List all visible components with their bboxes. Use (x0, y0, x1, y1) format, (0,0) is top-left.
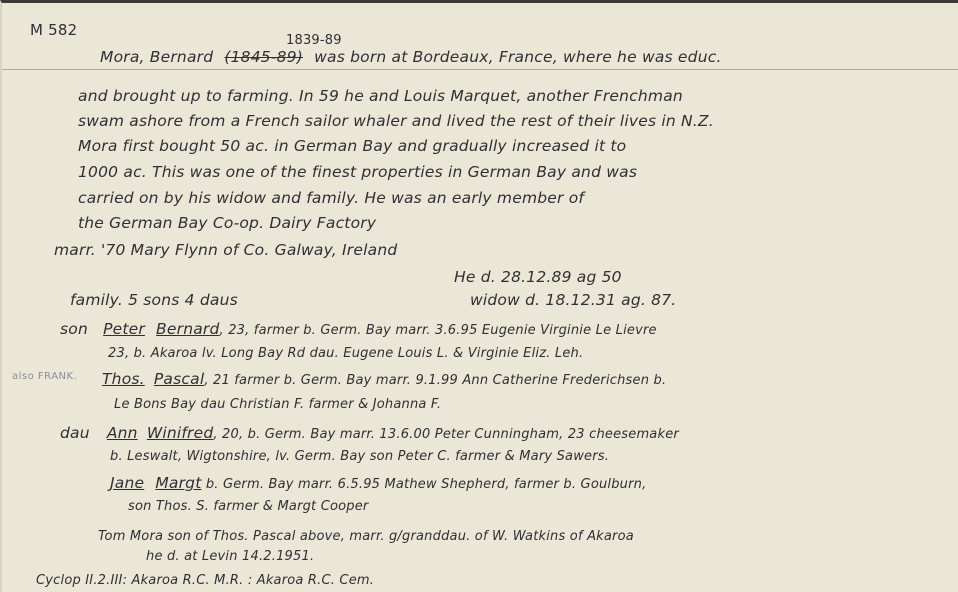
index-card: M 582 1839-89 Mora, Bernard (1845-89) wa… (0, 0, 958, 592)
child-details-line2: b. Leswalt, Wigtonshire, lv. Germ. Bay s… (110, 449, 609, 464)
child-second-name: Bernard (156, 320, 219, 338)
family-summary: family. 5 sons 4 daus (70, 291, 238, 309)
child-entry: dau Ann Winifred, 20, b. Germ. Bay marr.… (60, 423, 679, 442)
child-details: , 20, b. Germ. Bay marr. 13.6.00 Peter C… (213, 427, 679, 442)
child-details-line2: 23, b. Akaroa lv. Long Bay Rd dau. Eugen… (108, 346, 583, 361)
child-second-name: Margt (155, 474, 201, 492)
bio-line: and brought up to farming. In 59 he and … (78, 87, 683, 105)
corrected-dates: 1839-89 (286, 33, 342, 48)
death-he: He d. 28.12.89 ag 50 (454, 268, 622, 286)
child-first-name: Jane (110, 474, 144, 492)
child-first-name: Thos. (102, 370, 145, 388)
child-details: , 23, farmer b. Germ. Bay marr. 3.6.95 E… (220, 323, 657, 338)
child-details-line2: son Thos. S. farmer & Margt Cooper (128, 499, 368, 514)
child-entry: Jane Margt b. Germ. Bay marr. 6.5.95 Mat… (110, 473, 646, 492)
bio-line: the German Bay Co-op. Dairy Factory (78, 214, 376, 232)
child-entry: son Peter Bernard, 23, farmer b. Germ. B… (60, 319, 657, 338)
bio-line: Mora first bought 50 ac. in German Bay a… (78, 137, 626, 155)
child-details: b. Germ. Bay marr. 6.5.95 Mathew Shepher… (202, 477, 647, 492)
tom-note-death: he d. at Levin 14.2.1951. (146, 549, 314, 564)
subject-name: Mora, Bernard (100, 48, 213, 66)
death-widow: widow d. 18.12.31 ag. 87. (470, 291, 676, 309)
heading-line: Mora, Bernard (1845-89) was born at Bord… (100, 47, 722, 66)
margin-note: also FRANK. (12, 371, 77, 382)
child-first-name: Ann (107, 424, 138, 442)
struck-dates: (1845-89) (224, 48, 303, 66)
marriage-line: marr. '70 Mary Flynn of Co. Galway, Irel… (54, 241, 397, 259)
child-second-name: Winifred (147, 424, 214, 442)
bio-line: carried on by his widow and family. He w… (78, 189, 584, 207)
tom-note: Tom Mora son of Thos. Pascal above, marr… (98, 529, 634, 544)
child-entry: Thos. Pascal, 21 farmer b. Germ. Bay mar… (102, 369, 666, 388)
child-label: son (60, 320, 88, 338)
birth-text: was born at Bordeaux, France, where he w… (314, 48, 721, 66)
child-second-name: Pascal (154, 370, 204, 388)
child-details-line2: Le Bons Bay dau Christian F. farmer & Jo… (114, 397, 441, 412)
sources-line: Cyclop II.2.III: Akaroa R.C. M.R. : Akar… (36, 573, 374, 588)
red-ruled-line (2, 69, 958, 70)
child-details: , 21 farmer b. Germ. Bay marr. 9.1.99 An… (204, 373, 666, 388)
child-label: dau (60, 424, 90, 442)
bio-line: 1000 ac. This was one of the finest prop… (78, 163, 637, 181)
child-first-name: Peter (103, 320, 145, 338)
bio-line: swam ashore from a French sailor whaler … (78, 112, 714, 130)
card-reference: M 582 (30, 21, 77, 39)
